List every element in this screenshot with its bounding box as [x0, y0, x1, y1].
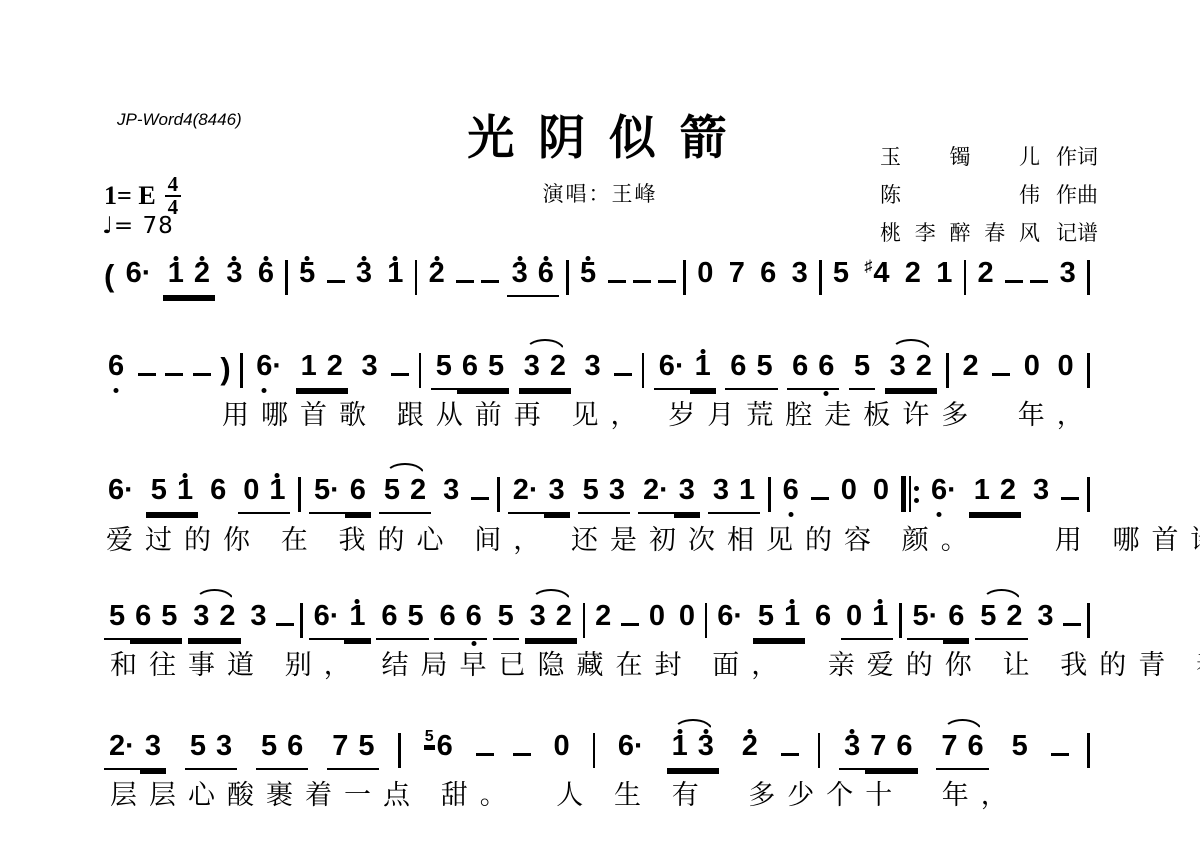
note-5: 5: [256, 730, 282, 770]
note-digit: 5: [583, 474, 599, 507]
note-digit: 6: [659, 350, 675, 383]
note-1: 1: [867, 600, 893, 640]
barline: [1087, 603, 1090, 638]
octave-dot-below: [788, 512, 793, 517]
note-digit: 2: [978, 257, 994, 290]
repeat-thin-bar: [909, 476, 911, 512]
note-7: 7: [936, 730, 962, 770]
note-5: 5: [753, 600, 779, 640]
note-digit: 0: [846, 600, 862, 633]
note-digit: 5: [358, 730, 374, 763]
note-digit: 2: [410, 474, 426, 507]
beam-group: 12: [163, 257, 215, 297]
note-6: 6·: [252, 350, 286, 390]
note-digit: 3: [193, 600, 209, 633]
music-line-3: 6·516015·65232·3532·3316006·123: [104, 472, 1090, 514]
note-6: 6: [756, 257, 780, 297]
note-3: 3: [519, 350, 545, 390]
note-2: 2·: [508, 474, 544, 514]
note-digit: 0: [1057, 350, 1073, 383]
note-digit: 6: [730, 350, 746, 383]
barline: [819, 260, 822, 295]
note-digit: 2: [429, 257, 445, 290]
note-digit: 3: [226, 257, 242, 290]
note-1: 1: [344, 600, 370, 640]
beam-group: 75: [327, 730, 379, 770]
duration-dash: [456, 280, 474, 284]
note-3: 3: [507, 257, 533, 297]
beam-group: 65: [376, 600, 428, 640]
note-digit: 3: [698, 730, 714, 763]
repeat-dot: [914, 498, 919, 503]
note-6: 6: [282, 730, 308, 770]
octave-dot-above: [275, 473, 280, 478]
note-digit: 2: [595, 600, 611, 633]
note-digit: 3: [890, 350, 906, 383]
octave-dot-above: [361, 256, 366, 261]
note-1: 1: [969, 474, 995, 514]
barline: [415, 260, 418, 295]
octave-dot-above: [517, 256, 522, 261]
note-digit: 6: [466, 600, 482, 633]
augmentation-dot: ·: [529, 474, 539, 506]
barline: [300, 603, 303, 638]
note-digit: 2: [643, 474, 659, 507]
augmentation-dot: ·: [124, 474, 134, 506]
note-6: 6: [811, 600, 835, 640]
note-digit: 5: [161, 600, 177, 633]
barline: [683, 260, 686, 295]
barline: [593, 733, 596, 768]
note-digit: 6: [538, 257, 554, 290]
duration-dash: [781, 753, 799, 757]
duration-dash: [327, 280, 345, 284]
note-6: 6: [130, 600, 156, 640]
note-5: 5: [483, 350, 509, 390]
augmentation-dot: ·: [659, 474, 669, 506]
beam-group: 12: [969, 474, 1021, 514]
barline: [1087, 733, 1090, 768]
note-0: 0: [675, 600, 699, 640]
music-line-4: 5653236·165665322006·516015·6523: [104, 598, 1090, 640]
note-3: 3: [708, 474, 734, 514]
note-0: 0: [1020, 350, 1044, 390]
note-3: 3: [1033, 600, 1057, 640]
note-2: 2: [545, 350, 571, 390]
note-digit: 6: [948, 600, 964, 633]
note-6: 6: [461, 600, 487, 640]
sharp-icon: ♯: [864, 258, 872, 275]
octave-dot-above: [700, 349, 705, 354]
note-2: 2: [901, 257, 925, 297]
lyrics-line-5: 层层心酸裹着一点 甜。 人 生 有 多少个十 年，: [110, 773, 1020, 812]
note-6: 6·: [309, 600, 345, 640]
note-5: 5: [975, 600, 1001, 640]
note-digit: 5: [854, 350, 870, 383]
note-1: 1: [264, 474, 290, 514]
note-2: 2: [911, 350, 937, 390]
barline: [899, 603, 902, 638]
beam-group: 66: [434, 600, 486, 640]
note-digit: 1: [784, 600, 800, 633]
note-digit: 3: [356, 257, 372, 290]
duration-dash: [471, 497, 489, 501]
augmentation-dot: ·: [125, 730, 135, 762]
octave-dot-above: [703, 729, 708, 734]
note-3: 3: [357, 350, 381, 390]
note-5: 5: [379, 474, 405, 514]
note-1: 1: [932, 257, 956, 297]
note-3: 3: [140, 730, 166, 770]
slurred-beam-group: 52: [379, 474, 431, 514]
note-digit: 6: [210, 474, 226, 507]
note-3: 3: [544, 474, 570, 514]
close-paren: ): [220, 350, 230, 390]
octave-dot-above: [232, 256, 237, 261]
note-5: 5: [578, 474, 604, 514]
note-digit: 0: [553, 730, 569, 763]
note-digit: 7: [729, 257, 745, 290]
note-5: 5·: [309, 474, 345, 514]
barline: [497, 477, 500, 512]
note-digit: 6: [437, 730, 453, 763]
note-6: 6: [254, 257, 278, 297]
note-digit: 7: [870, 730, 886, 763]
octave-dot-below: [114, 388, 119, 393]
octave-dot-above: [747, 729, 752, 734]
note-digit: 6: [717, 600, 733, 633]
augmentation-dot: ·: [947, 474, 957, 506]
duration-dash: [513, 753, 531, 757]
note-digit: 3: [443, 474, 459, 507]
barline: [1087, 477, 1090, 512]
note-digit: 6: [258, 257, 274, 290]
augmentation-dot: ·: [733, 600, 743, 632]
note-digit: 5: [912, 600, 928, 633]
repeat-begin-sign: [901, 472, 919, 514]
note-digit: 1: [177, 474, 193, 507]
note-digit: 2: [905, 257, 921, 290]
note-7: 7: [865, 730, 891, 770]
octave-dot-above: [393, 256, 398, 261]
note-digit: 3: [609, 474, 625, 507]
note-5: 5·: [907, 600, 943, 640]
barline: [298, 477, 301, 512]
barline: [818, 733, 821, 768]
open-paren: (: [104, 257, 114, 297]
beam-group: 65: [725, 350, 777, 390]
note-2: 2: [322, 350, 348, 390]
grace-note: 5: [424, 729, 435, 747]
duration-dash: [608, 280, 626, 284]
note-digit: 2: [1000, 474, 1016, 507]
octave-dot-above: [586, 256, 591, 261]
note-digit: 2: [550, 350, 566, 383]
beam-group: 565: [431, 350, 509, 390]
note-digit: 3: [549, 474, 565, 507]
note-digit: 6: [792, 350, 808, 383]
note-digit: 1: [387, 257, 403, 290]
beam-group: 51: [753, 600, 805, 640]
note-digit: 5: [1012, 730, 1028, 763]
note-digit: 3: [512, 257, 528, 290]
note-digit: 1: [695, 350, 711, 383]
note-digit: 6: [618, 730, 634, 763]
note-digit: 2: [513, 474, 529, 507]
note-digit: 0: [873, 474, 889, 507]
note-0: 0: [549, 730, 573, 770]
note-6: 6: [434, 600, 460, 640]
augmentation-dot: ·: [634, 730, 644, 762]
note-6: 6: [813, 350, 839, 390]
note-digit: 6: [256, 350, 272, 383]
note-3: 3: [693, 730, 719, 770]
note-0: 0: [837, 474, 861, 514]
note-6: 6: [943, 600, 969, 640]
beam-group: 53: [578, 474, 630, 514]
duration-dash: [1030, 280, 1048, 284]
augmentation-dot: ·: [675, 350, 685, 382]
sheet-music-page: JP-Word4(8446) 光 阴 似 箭 演唱：王峰 玉 镯 儿 作词 陈 …: [0, 0, 1200, 850]
note-digit: 2: [194, 257, 210, 290]
note-digit: 6: [760, 257, 776, 290]
note-digit: 5: [314, 474, 330, 507]
note-5: 5: [104, 600, 130, 640]
note-digit: 6: [968, 730, 984, 763]
note-0: 0: [1053, 350, 1077, 390]
note-1: 1: [163, 257, 189, 297]
slurred-beam-group: 32: [885, 350, 937, 390]
note-0: 0: [841, 600, 867, 640]
note-digit: 5: [756, 350, 772, 383]
note-digit: 6: [815, 600, 831, 633]
note-0: 0: [238, 474, 264, 514]
note-digit: 2: [327, 350, 343, 383]
note-digit: 1: [269, 474, 285, 507]
beam-group: 5·6: [309, 474, 371, 514]
beam-group: 51: [146, 474, 198, 514]
note-digit: 2: [1006, 600, 1022, 633]
beam-group: 5: [493, 600, 519, 640]
barline: [642, 353, 645, 388]
note-1: 1: [383, 257, 407, 297]
duration-dash: [165, 373, 183, 377]
augmentation-dot: ·: [330, 474, 340, 506]
note-digit: 3: [250, 600, 266, 633]
duration-dash: [1061, 497, 1079, 501]
note-digit: 6: [314, 600, 330, 633]
slurred-beam-group: 52: [975, 600, 1027, 640]
note-digit: 0: [1024, 350, 1040, 383]
note-4: ♯4: [860, 257, 893, 297]
note-3: 3: [188, 600, 214, 640]
note-2: 2: [591, 600, 615, 640]
note-digit: 7: [332, 730, 348, 763]
note-3: 3: [885, 350, 911, 390]
slurred-beam-group: 76: [936, 730, 988, 770]
note-2: 2: [189, 257, 215, 297]
note-5: 5: [403, 600, 429, 640]
note-5: 5: [576, 257, 600, 297]
barline: [419, 353, 422, 388]
note-5: 5: [295, 257, 319, 297]
note-digit: 6: [126, 257, 142, 290]
note-digit: 5: [488, 350, 504, 383]
note-5: 5: [493, 600, 519, 640]
note-digit: 6: [350, 474, 366, 507]
note-digit: 0: [649, 600, 665, 633]
note-3: 3: [246, 600, 270, 640]
lyrics-line-3: 爱过的你 在 我的心 间， 还是初次相见的容 颜。 用 哪首诗: [106, 518, 1200, 557]
note-3: 3: [222, 257, 246, 297]
note-0: 0: [869, 474, 893, 514]
note-3: 3: [1029, 474, 1053, 514]
duration-dash: [621, 623, 639, 627]
note-3: 3: [788, 257, 812, 297]
note-digit: 3: [1060, 257, 1076, 290]
note-6: 6: [963, 730, 989, 770]
note-digit: 3: [792, 257, 808, 290]
slurred-beam-group: 32: [525, 600, 577, 640]
note-digit: 3: [1037, 600, 1053, 633]
duration-dash: [633, 280, 651, 284]
note-3: 3: [581, 350, 605, 390]
note-5: 5: [751, 350, 777, 390]
note-digit: 6: [931, 474, 947, 507]
note-6: 6: [104, 350, 128, 390]
note-digit: 1: [301, 350, 317, 383]
octave-dot-above: [677, 729, 682, 734]
octave-dot-above: [543, 256, 548, 261]
note-digit: 0: [243, 474, 259, 507]
slurred-beam-group: 13: [667, 730, 719, 770]
note-6: 6: [779, 474, 803, 514]
music-line-1: (6·1236531236507635♯42123: [104, 255, 1090, 297]
slurred-beam-group: 32: [519, 350, 571, 390]
note-digit: 1: [872, 600, 888, 633]
note-digit: 3: [844, 730, 860, 763]
duration-dash: [1051, 753, 1069, 757]
note-digit: 6: [287, 730, 303, 763]
repeat-dots: [914, 476, 919, 512]
duration-dash: [658, 280, 676, 284]
repeat-dot: [914, 486, 919, 491]
note-6: 6·: [713, 600, 747, 640]
note-digit: 3: [530, 600, 546, 633]
note-digit: 5: [299, 257, 315, 290]
octave-dot-above: [183, 473, 188, 478]
note-6: 6: [725, 350, 751, 390]
note-digit: 1: [168, 257, 184, 290]
note-6: 6: [457, 350, 483, 390]
note-6: 56: [420, 730, 457, 770]
note-digit: 5: [833, 257, 849, 290]
note-5: 5: [431, 350, 457, 390]
barline: [705, 603, 708, 638]
note-3: 3: [439, 474, 463, 514]
note-6: 6·: [927, 474, 961, 514]
note-1: 1: [172, 474, 198, 514]
beam-group: 01: [238, 474, 290, 514]
note-2: 2: [1001, 600, 1027, 640]
note-digit: 5: [436, 350, 452, 383]
note-digit: 6: [135, 600, 151, 633]
score: (6·1236531236507635♯421236)6·1235653236·…: [0, 0, 1200, 850]
barline: [240, 353, 243, 388]
octave-dot-above: [355, 599, 360, 604]
note-digit: 1: [936, 257, 952, 290]
duration-dash: [391, 373, 409, 377]
octave-dot-above: [434, 256, 439, 261]
note-digit: 6: [462, 350, 478, 383]
note-digit: 5: [109, 600, 125, 633]
beam-group: 5: [849, 350, 875, 390]
note-6: 6: [533, 257, 559, 297]
note-digit: 3: [216, 730, 232, 763]
note-digit: 3: [713, 474, 729, 507]
note-5: 5: [156, 600, 182, 640]
note-3: 3: [604, 474, 630, 514]
barline: [583, 603, 586, 638]
barline: [566, 260, 569, 295]
note-2: 2: [959, 350, 983, 390]
beam-group: 2·3: [508, 474, 570, 514]
note-6: 6·: [654, 350, 690, 390]
note-6: 6·: [122, 257, 156, 297]
note-digit: 2: [219, 600, 235, 633]
note-digit: 5: [151, 474, 167, 507]
octave-dot-above: [199, 256, 204, 261]
note-digit: 1: [349, 600, 365, 633]
note-5: 5: [829, 257, 853, 297]
note-digit: 2: [916, 350, 932, 383]
octave-dot-below: [937, 512, 942, 517]
duration-dash: [193, 373, 211, 377]
note-digit: 3: [524, 350, 540, 383]
octave-dot-above: [173, 256, 178, 261]
duration-dash: [481, 280, 499, 284]
note-3: 3: [211, 730, 237, 770]
note-6: 6: [206, 474, 230, 514]
note-digit: 6: [381, 600, 397, 633]
music-line-2: 6)6·1235653236·16566532200: [104, 348, 1090, 390]
beam-group: 01: [841, 600, 893, 640]
note-1: 1: [667, 730, 693, 770]
note-digit: 0: [697, 257, 713, 290]
barline: [768, 477, 771, 512]
note-3: 3: [674, 474, 700, 514]
note-digit: 6: [818, 350, 834, 383]
duration-dash: [992, 373, 1010, 377]
beam-group: 2·3: [638, 474, 700, 514]
note-1: 1: [779, 600, 805, 640]
note-digit: 5: [580, 257, 596, 290]
note-digit: 7: [941, 730, 957, 763]
note-6: 6: [376, 600, 402, 640]
beam-group: 5·6: [907, 600, 969, 640]
barline: [1087, 260, 1090, 295]
note-digit: 1: [739, 474, 755, 507]
note-digit: 5: [384, 474, 400, 507]
beam-group: 6·1: [309, 600, 371, 640]
duration-dash: [811, 497, 829, 501]
octave-dot-above: [305, 256, 310, 261]
note-0: 0: [645, 600, 669, 640]
note-digit: 1: [974, 474, 990, 507]
note-digit: 6: [108, 474, 124, 507]
note-2: 2·: [638, 474, 674, 514]
note-6: 6: [345, 474, 371, 514]
